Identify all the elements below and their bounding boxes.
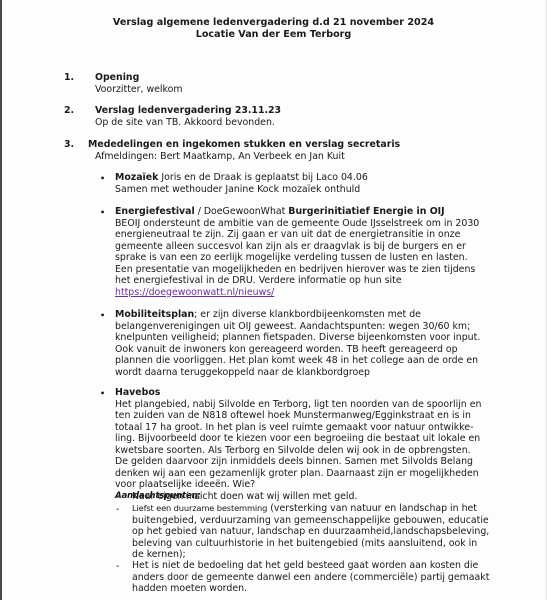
bullet-icon: • [100,310,105,322]
section-title: Mededelingen en ingekomen stukken en ver… [88,139,400,151]
point-item: Liefst een duurzame bestemming (versterk… [132,503,489,561]
section-title: Verslag ledenvergadering 23.11.23 [95,105,281,117]
section-number: 3. [64,139,74,151]
bullet-icon: • [100,388,105,400]
section-body: Op de site van TB. Akkoord bevonden. [95,117,275,129]
bullet-mozaiek: Mozaïek Joris en de Draak is geplaatst b… [115,172,368,195]
point-item: Naar eigen inzicht doen wat wij willen m… [132,491,357,503]
bullet-heading: Mobiliteitsplan [115,309,194,320]
section-title: Opening [95,72,139,84]
section-number: 1. [64,72,74,84]
bullet-energiefestival: Energiefestival / DoeGewoonWhat Burgerin… [115,206,479,298]
document-page: Verslag algemene ledenvergadering d.d 21… [0,0,547,600]
dash-marker: - [116,561,119,573]
doegewoonwatt-link[interactable]: https://doegewoonwatt.nl/nieuws/ [115,287,274,298]
bullet-heading: Havebos [115,387,160,398]
section-number: 2. [64,105,74,117]
bullet-icon: • [100,173,105,185]
section-body: Voorzitter, welkom [95,84,182,96]
document-title: Verslag algemene ledenvergadering d.d 21… [0,17,547,29]
point-item: Het is niet de bedoeling dat het geld be… [132,560,489,595]
bullet-icon: • [100,207,105,219]
document-subtitle-location: Locatie Van der Eem Terborg [0,29,547,41]
section-body: Afmeldingen: Bert Maatkamp, An Verbeek e… [95,151,345,163]
bullet-havebos: Havebos Het plangebied, nabij Silvolde e… [115,387,481,502]
bullet-subheading: Burgerinitiatief Energie in OIJ [288,206,444,217]
dash-marker: - [116,504,119,516]
bullet-heading: Mozaïek [115,172,158,183]
bullet-mobiliteitsplan: Mobiliteitsplan; er zijn diverse klankbo… [115,309,480,378]
bullet-heading: Energiefestival [115,206,195,217]
dash-marker: - [116,492,119,504]
